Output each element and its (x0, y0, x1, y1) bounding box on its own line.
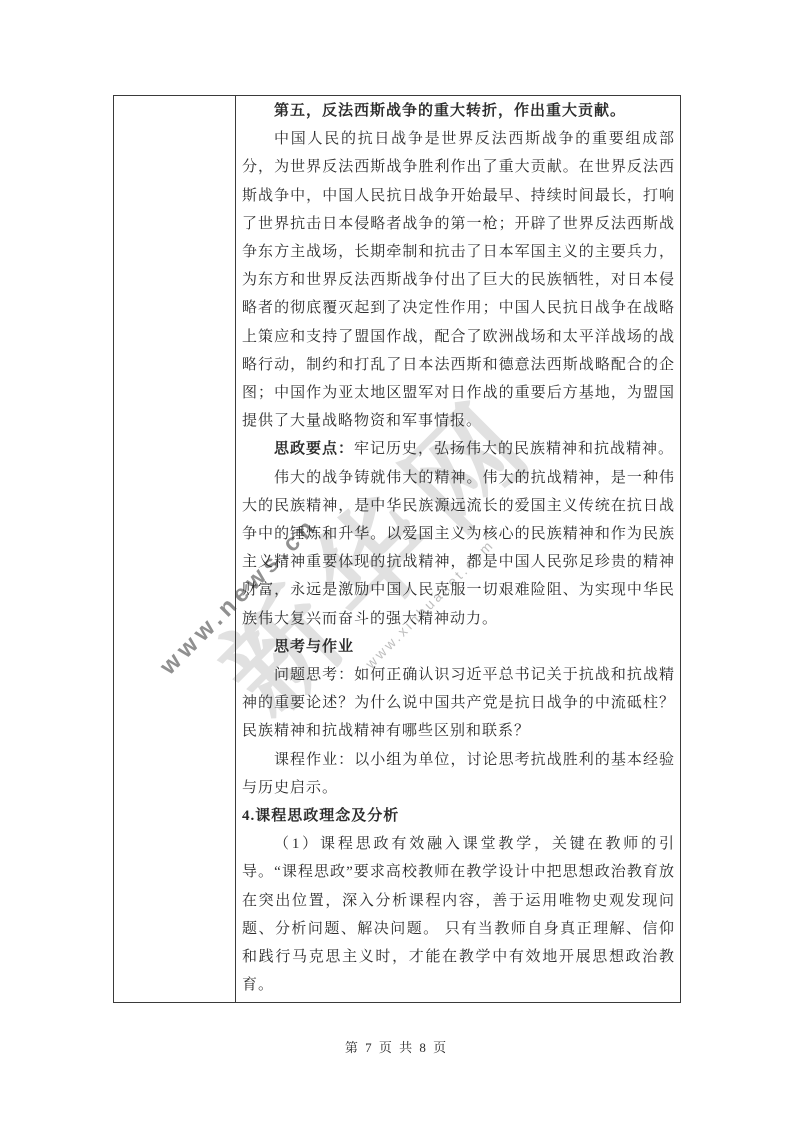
document-page: www.news.cn 新华网 www.xinhuanet.com 第五，反法西… (0, 0, 793, 1122)
para-course-assignment: 课程作业：以小组为单位，讨论思考抗战胜利的基本经验与历史启示。 (242, 746, 675, 802)
heading-thinking-homework: 思考与作业 (242, 633, 675, 661)
para-anti-fascist-contribution: 中国人民的抗日战争是世界反法西斯战争的重要组成部分，为世界反法西斯战争胜利作出了… (242, 125, 675, 435)
para-sizheng-points-lead: 思政要点： (274, 441, 354, 457)
heading-point-five: 第五，反法西斯战争的重大转折，作出重大贡献。 (242, 97, 675, 125)
para-sizheng-points-text: 牢记历史，弘扬伟大的民族精神和抗战精神。 (354, 441, 674, 457)
table-left-cell (114, 96, 236, 1002)
heading-section-four: 4.课程思政理念及分析 (242, 802, 675, 830)
para-item-two-student-role: （2）课程思政有效融入课堂教学，不能忽视学生的主体作 (242, 1000, 675, 1003)
para-item-one-teacher-guidance: （1）课程思政有效融入课堂教学，关键在教师的引导。“课程思政”要求高校教师在教学… (242, 830, 675, 999)
para-great-spirit: 伟大的战争铸就伟大的精神。伟大的抗战精神，是一种伟大的民族精神，是中华民族源远流… (242, 464, 675, 633)
table-content-cell: 第五，反法西斯战争的重大转折，作出重大贡献。 中国人民的抗日战争是世界反法西斯战… (236, 96, 680, 1002)
document-table: 第五，反法西斯战争的重大转折，作出重大贡献。 中国人民的抗日战争是世界反法西斯战… (113, 95, 681, 1003)
page-number: 第 7 页 共 8 页 (0, 1037, 793, 1056)
para-sizheng-points: 思政要点：牢记历史，弘扬伟大的民族精神和抗战精神。 (242, 435, 675, 463)
para-question-thinking: 问题思考：如何正确认识习近平总书记关于抗战和抗战精神的重要论述？为什么说中国共产… (242, 661, 675, 746)
